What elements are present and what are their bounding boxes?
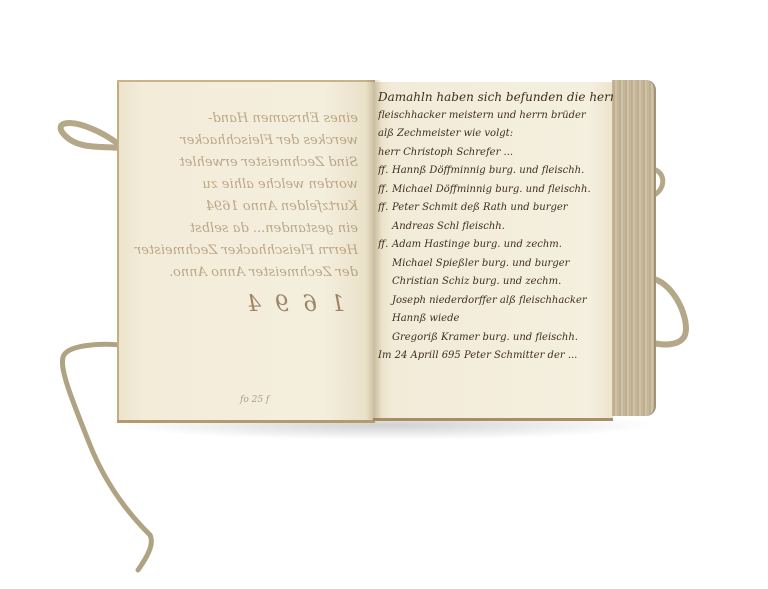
line-text: Peter Schmit deß Rath und burger (392, 202, 568, 213)
text-line: Joseph niederdorffer alß fleischhacker (378, 292, 613, 311)
text-line: Hannß wiede (378, 310, 613, 329)
text-line: Im 24 Aprill 695 Peter Schmitter der ... (378, 347, 613, 366)
margin-mark: ff. (378, 236, 392, 255)
bleed-line: ein gestanden... da selbst (128, 218, 358, 240)
text-line: ff.Peter Schmit deß Rath und burger (378, 199, 613, 218)
bleed-line: Kurtzfelden Anno 1694 (128, 196, 358, 218)
bleed-line: eines Ehrsamen Hand- (128, 108, 358, 130)
bleed-through-year: 1694 (185, 292, 345, 317)
text-line: fleischhacker meistern und herrn brüder (378, 107, 613, 126)
pencil-folio-note: fo 25 f (240, 395, 269, 405)
left-upper-tie (50, 118, 125, 168)
text-line: ff.Adam Hastinge burg. und zechm. (378, 236, 613, 255)
text-line: Andreas Schl fleischh. (378, 218, 613, 237)
line-text: Hannß Döffminnig burg. und fleischh. (392, 165, 584, 176)
line-text: Michael Döffminnig burg. und fleischh. (392, 184, 591, 195)
text-line: Michael Spießler burg. und burger (378, 255, 613, 274)
text-line: herr Christoph Schrefer ... (378, 144, 613, 163)
line-text: Adam Hastinge burg. und zechm. (392, 239, 562, 250)
margin-mark: ff. (378, 199, 392, 218)
bleed-line: Herrn Fleischhacker Zechmeister (128, 240, 358, 262)
margin-mark: ff. (378, 181, 392, 200)
bleed-line: der Zechmeister Anno Anno. (128, 262, 358, 284)
text-line: Gregoriß Kramer burg. und fleischh. (378, 329, 613, 348)
text-line: ff.Hannß Döffminnig burg. und fleischh. (378, 162, 613, 181)
bleed-line: werckes der Fleischhacker (128, 130, 358, 152)
text-line: ff.Michael Döffminnig burg. und fleischh… (378, 181, 613, 200)
bleed-line: Sind Zechmeister erwehlet (128, 152, 358, 174)
margin-mark: ff. (378, 162, 392, 181)
bleed-line: worden welche alhie zu (128, 174, 358, 196)
text-line: alß Zechmeister wie volgt: (378, 125, 613, 144)
manuscript-photo: eines Ehrsamen Hand- werckes der Fleisch… (0, 0, 768, 589)
bleed-through-text: eines Ehrsamen Hand- werckes der Fleisch… (128, 108, 358, 284)
right-lower-tie (650, 275, 700, 355)
text-line: Christian Schiz burg. und zechm. (378, 273, 613, 292)
text-line: Damahln haben sich befunden die herrn (378, 88, 613, 107)
page-fore-edge (612, 80, 656, 416)
handwritten-text: Damahln haben sich befunden die herrn fl… (378, 88, 613, 366)
